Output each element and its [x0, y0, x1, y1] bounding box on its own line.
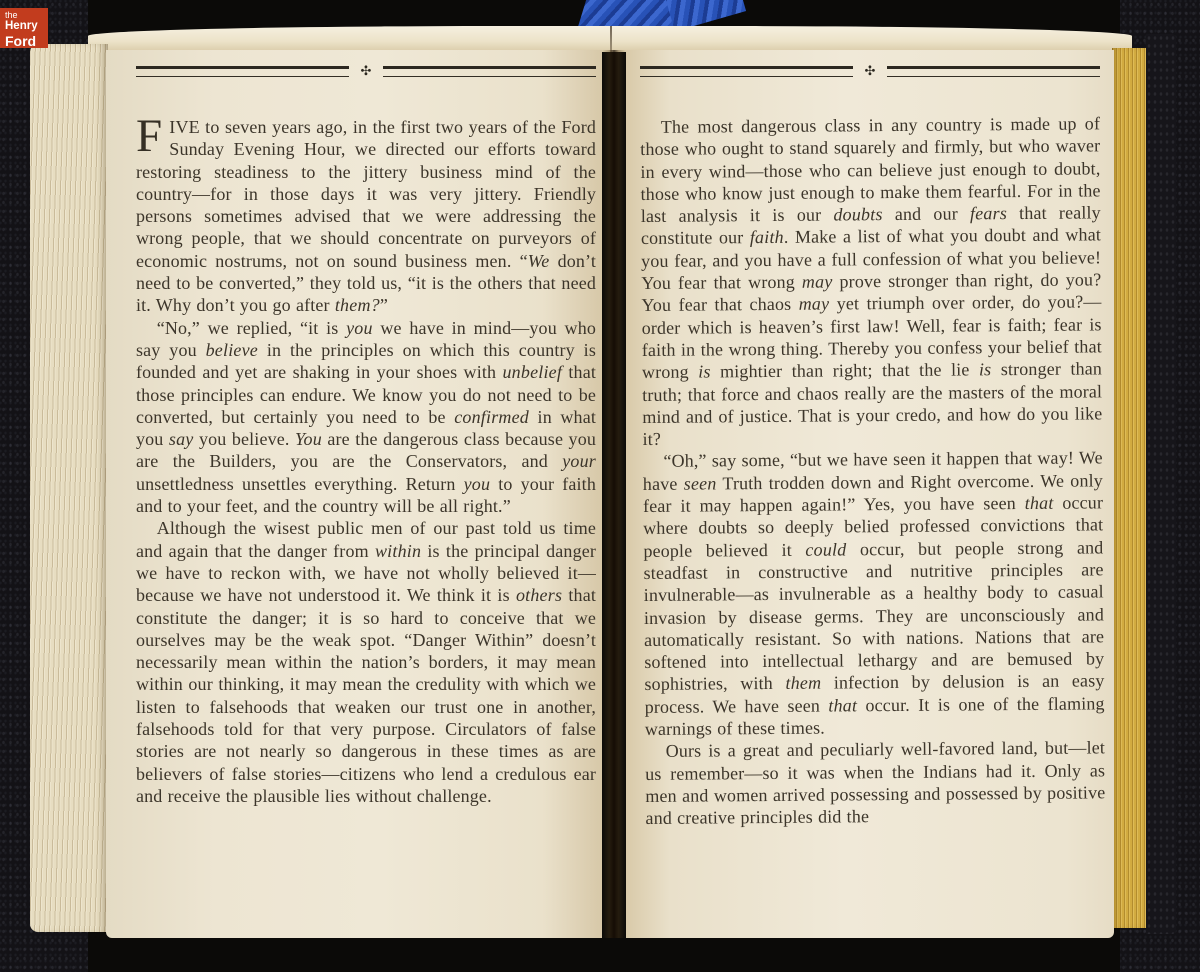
henry-ford-watermark: the Henry Ford: [0, 8, 48, 48]
left-header-rule: ✣: [136, 62, 596, 80]
fleuron-ornament-icon: ✣: [361, 65, 372, 78]
paragraph: FIVE to seven years ago, in the first tw…: [136, 116, 596, 317]
right-header-rule: ✣: [640, 62, 1100, 80]
drop-cap: F: [136, 116, 169, 155]
logo-ford: Ford: [5, 34, 48, 48]
left-page-edges: [30, 44, 108, 932]
fleuron-ornament-icon: ✣: [865, 65, 876, 78]
logo-henry: Henry: [5, 21, 48, 33]
logo-the: the: [5, 11, 48, 20]
right-page-text: The most dangerous class in any country …: [640, 112, 1106, 829]
paragraph: Although the wisest public men of our pa…: [136, 517, 596, 807]
paragraph: “Oh,” say some, “but we have seen it hap…: [643, 447, 1105, 740]
book-photograph: ✣ FIVE to seven years ago, in the first …: [0, 0, 1200, 972]
right-fore-edge: [1112, 48, 1148, 928]
paragraph: Ours is a great and peculiarly well-favo…: [645, 737, 1106, 830]
left-page-text: FIVE to seven years ago, in the first tw…: [136, 116, 596, 807]
book-gutter: [602, 50, 626, 938]
top-page-edges: [88, 26, 1132, 52]
rule-line: [136, 66, 349, 77]
right-cover-edge: [1146, 34, 1176, 934]
left-page: ✣ FIVE to seven years ago, in the first …: [106, 50, 602, 938]
open-book: ✣ FIVE to seven years ago, in the first …: [30, 26, 1176, 940]
right-page: ✣ The most dangerous class in any countr…: [626, 50, 1114, 938]
rule-line: [383, 66, 596, 77]
rule-line: [640, 66, 853, 77]
paragraph: “No,” we replied, “it is you we have in …: [136, 317, 596, 518]
page-spread: ✣ FIVE to seven years ago, in the first …: [106, 50, 1114, 938]
rule-line: [887, 66, 1100, 77]
paragraph: The most dangerous class in any country …: [640, 112, 1103, 450]
